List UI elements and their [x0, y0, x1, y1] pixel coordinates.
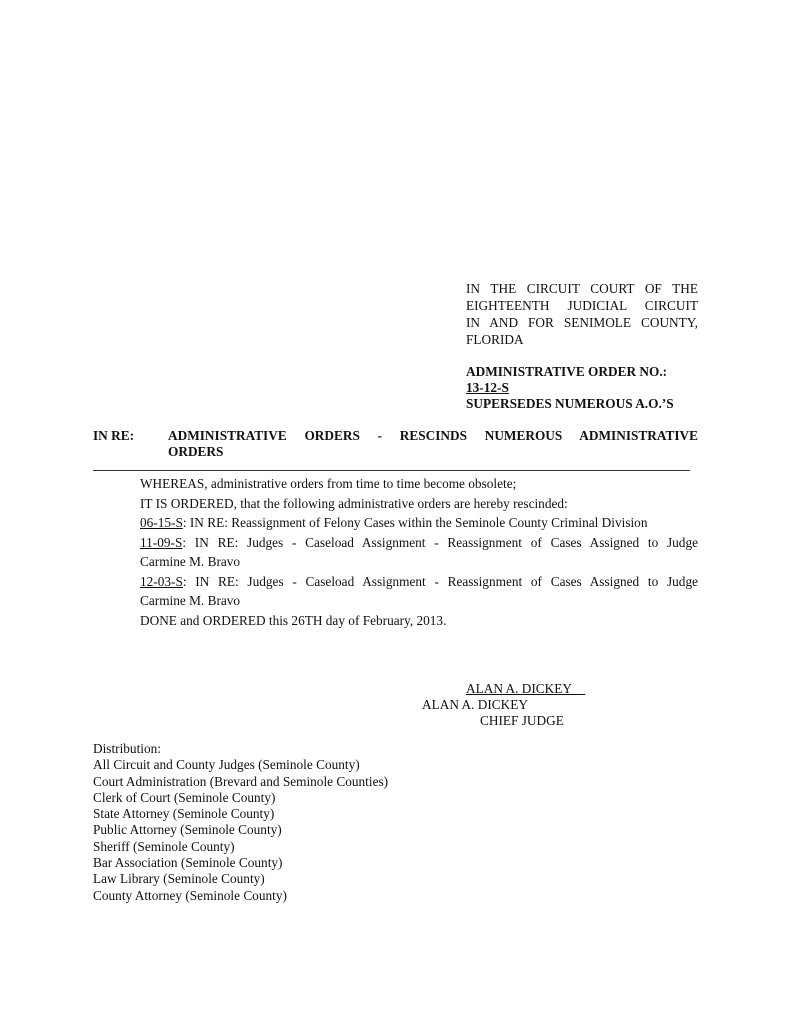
- caption-line: FLORIDA: [466, 331, 698, 348]
- in-re-line: ORDERS: [168, 444, 698, 460]
- horizontal-rule: [93, 470, 690, 471]
- rescinded-order-number: 11-09-S: [140, 535, 182, 550]
- distribution-item: Sheriff (Seminole County): [93, 839, 388, 855]
- distribution-item: County Attorney (Seminole County): [93, 888, 388, 904]
- order-info: ADMINISTRATIVE ORDER NO.: 13-12-S SUPERS…: [466, 364, 706, 412]
- distribution-item: Law Library (Seminole County): [93, 871, 388, 887]
- court-caption: IN THE CIRCUIT COURT OF THE EIGHTEENTH J…: [466, 280, 698, 348]
- in-re-label: IN RE:: [93, 428, 134, 444]
- caption-line: IN THE CIRCUIT COURT OF THE: [466, 280, 698, 297]
- judge-title: CHIEF JUDGE: [480, 713, 564, 729]
- caption-line: IN AND FOR SENIMOLE COUNTY,: [466, 314, 698, 331]
- signature-line: ALAN A. DICKEY: [466, 681, 585, 697]
- rescinded-item: 12-03-S: IN RE: Judges - Caseload Assign…: [140, 572, 698, 592]
- distribution-item: All Circuit and County Judges (Seminole …: [93, 757, 388, 773]
- distribution-item: Court Administration (Brevard and Semino…: [93, 774, 388, 790]
- ordered-clause: IT IS ORDERED, that the following admini…: [140, 494, 698, 514]
- order-number: 13-12-S: [466, 380, 509, 395]
- distribution-item: Bar Association (Seminole County): [93, 855, 388, 871]
- caption-line: EIGHTEENTH JUDICIAL CIRCUIT: [466, 297, 698, 314]
- rescinded-order-number: 06-15-S: [140, 515, 183, 530]
- rescinded-item: 06-15-S: IN RE: Reassignment of Felony C…: [140, 513, 698, 533]
- rescinded-item-continued: Carmine M. Bravo: [140, 552, 698, 572]
- order-body: WHEREAS, administrative orders from time…: [140, 474, 698, 630]
- distribution-item: State Attorney (Seminole County): [93, 806, 388, 822]
- printed-name: ALAN A. DICKEY: [422, 697, 528, 713]
- in-re-subject: ADMINISTRATIVE ORDERS - RESCINDS NUMEROU…: [168, 428, 698, 460]
- in-re-line: ADMINISTRATIVE ORDERS - RESCINDS NUMEROU…: [168, 428, 698, 444]
- distribution-item: Clerk of Court (Seminole County): [93, 790, 388, 806]
- supersedes-note: SUPERSEDES NUMEROUS A.O.’S: [466, 396, 706, 412]
- order-title: ADMINISTRATIVE ORDER NO.:: [466, 364, 706, 380]
- done-and-ordered: DONE and ORDERED this 26TH day of Februa…: [140, 611, 698, 631]
- rescinded-item-continued: Carmine M. Bravo: [140, 591, 698, 611]
- distribution-item: Public Attorney (Seminole County): [93, 822, 388, 838]
- whereas-clause: WHEREAS, administrative orders from time…: [140, 474, 698, 494]
- distribution-list: Distribution: All Circuit and County Jud…: [93, 741, 388, 904]
- rescinded-order-number: 12-03-S: [140, 574, 183, 589]
- rescinded-item: 11-09-S: IN RE: Judges - Caseload Assign…: [140, 533, 698, 553]
- distribution-heading: Distribution:: [93, 741, 388, 757]
